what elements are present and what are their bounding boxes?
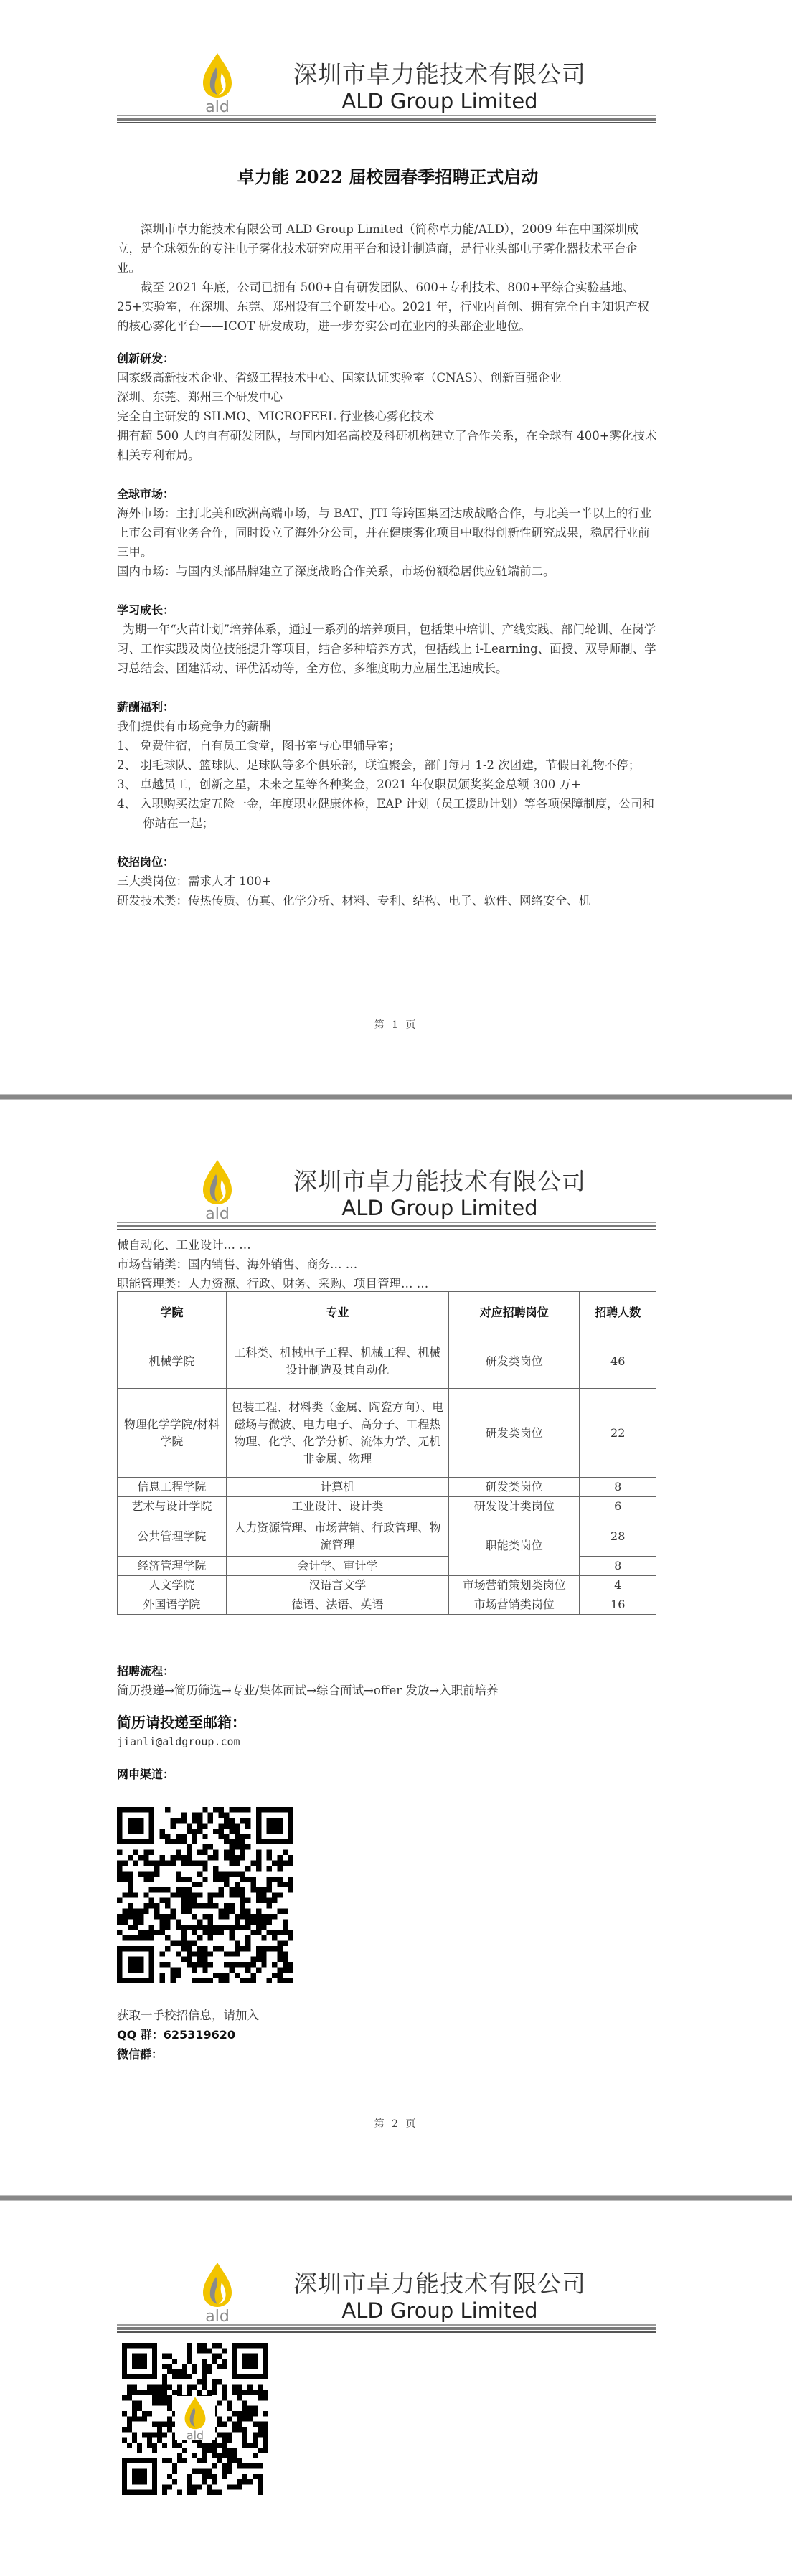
svg-text:ald: ald	[205, 2308, 230, 2323]
page-number: 第 1 页	[0, 1017, 792, 1032]
positions-line: 三大类岗位：需求人才 100+	[117, 872, 659, 891]
section-heading-innovation: 创新研发：	[117, 349, 659, 368]
page-2-contact: 招聘流程： 简历投递→简历筛选→专业/集体面试→综合面试→offer 发放→入职…	[117, 1661, 659, 1784]
header-divider	[117, 1222, 656, 1232]
innovation-line: 深圳、东莞、郑州三个研发中心	[117, 387, 659, 407]
column-header-count: 招聘人数	[580, 1292, 656, 1334]
header-divider	[117, 115, 656, 125]
column-header-position: 对应招聘岗位	[449, 1292, 580, 1334]
qq-group: QQ 群：625319620	[117, 2025, 659, 2044]
company-name-cn: 深圳市卓力能技术有限公司	[282, 1163, 598, 1197]
cell-count: 46	[580, 1334, 656, 1389]
section-heading-process: 招聘流程：	[117, 1661, 659, 1681]
innovation-line: 完全自主研发的 SILMO、MICROFEEL 行业核心雾化技术	[117, 407, 659, 426]
section-heading-benefits: 薪酬福利：	[117, 697, 659, 717]
positions-line: 研发技术类：传热传质、仿真、化学分析、材料、专利、结构、电子、软件、网络安全、机	[117, 891, 659, 910]
cell-major: 计算机	[226, 1478, 448, 1497]
column-header-college: 学院	[118, 1292, 227, 1334]
svg-text:ald: ald	[205, 1205, 230, 1220]
cell-college: 人文学院	[118, 1576, 227, 1595]
table-row: 机械学院 工科类、机械电子工程、机械工程、机械设计制造及其自动化 研发类岗位 4…	[118, 1334, 656, 1389]
cell-college: 公共管理学院	[118, 1516, 227, 1557]
benefit-item: 2、 羽毛球队、篮球队、足球队等多个俱乐部，联谊聚会，部门每月 1-2 次团建，…	[117, 755, 659, 775]
section-heading-online: 网申渠道：	[117, 1765, 659, 1784]
join-text: 获取一手校招信息，请加入	[117, 2006, 659, 2025]
cell-major: 工科类、机械电子工程、机械工程、机械设计制造及其自动化	[226, 1334, 448, 1389]
positions-line: 市场营销类：国内销售、海外销售、商务… …	[117, 1255, 659, 1274]
ald-logo-icon: ald	[175, 2396, 215, 2440]
wechat-group-qr-code[interactable]: ald	[122, 2343, 268, 2495]
cell-college: 外国语学院	[118, 1595, 227, 1615]
company-name-en: ALD Group Limited	[282, 2298, 598, 2323]
positions-line: 械自动化、工业设计… …	[117, 1235, 659, 1255]
benefit-item: 4、 入职购买法定五险一金，年度职业健康体检，EAP 计划（员工援助计划）等各项…	[117, 794, 659, 833]
table-row: 公共管理学院 人力资源管理、市场营销、行政管理、物流管理 职能类岗位 28	[118, 1516, 656, 1557]
table-row: 信息工程学院 计算机 研发类岗位 8	[118, 1478, 656, 1497]
table-header-row: 学院 专业 对应招聘岗位 招聘人数	[118, 1292, 656, 1334]
cell-major: 德语、法语、英语	[226, 1595, 448, 1615]
process-steps: 简历投递→简历筛选→专业/集体面试→综合面试→offer 发放→入职前培养	[117, 1681, 659, 1700]
svg-text:ald: ald	[187, 2429, 204, 2440]
svg-text:ald: ald	[205, 98, 230, 113]
ald-logo-icon: ald	[190, 1159, 245, 1220]
cell-count: 8	[580, 1478, 656, 1497]
table-row: 物理化学学院/材料学院 包装工程、材料类（金属、陶瓷方向）、电磁场与微波、电力电…	[118, 1389, 656, 1478]
cell-position: 市场营销类岗位	[449, 1595, 580, 1615]
company-name-cn: 深圳市卓力能技术有限公司	[282, 2265, 598, 2299]
cell-college: 物理化学学院/材料学院	[118, 1389, 227, 1478]
page-number: 第 2 页	[0, 2116, 792, 2131]
section-heading-growth: 学习成长：	[117, 600, 659, 620]
section-heading-market: 全球市场：	[117, 484, 659, 504]
cell-position: 职能类岗位	[449, 1516, 580, 1576]
company-name-en: ALD Group Limited	[282, 1196, 598, 1220]
cell-count: 16	[580, 1595, 656, 1615]
page-separator	[0, 2195, 792, 2201]
cell-position: 研发类岗位	[449, 1334, 580, 1389]
cell-major: 会计学、审计学	[226, 1557, 448, 1576]
ald-logo-icon: ald	[190, 2261, 245, 2323]
market-line: 海外市场：主打北美和欧洲高端市场，与 BAT、JTI 等跨国集团达成战略合作，与…	[117, 504, 659, 562]
cell-major: 人力资源管理、市场营销、行政管理、物流管理	[226, 1516, 448, 1557]
page-separator	[0, 1094, 792, 1100]
cell-position: 市场营销策划类岗位	[449, 1576, 580, 1595]
innovation-line: 国家级高新技术企业、省级工程技术中心、国家认证实验室（CNAS）、创新百强企业	[117, 368, 659, 387]
column-header-major: 专业	[226, 1292, 448, 1334]
company-name-en: ALD Group Limited	[282, 89, 598, 113]
page-2-continued: 械自动化、工业设计… … 市场营销类：国内销售、海外销售、商务… … 职能管理类…	[117, 1235, 659, 1293]
page-2-join: 获取一手校招信息，请加入 QQ 群：625319620 微信群：	[117, 2006, 659, 2064]
company-name-cn: 深圳市卓力能技术有限公司	[282, 56, 598, 90]
email-link[interactable]: jianli@aldgroup.com	[117, 1732, 659, 1752]
section-heading-email: 简历请投递至邮箱：	[117, 1713, 659, 1732]
header-divider	[117, 2324, 656, 2334]
growth-paragraph: 为期一年“火苗计划”培养体系，通过一系列的培养项目，包括集中培训、产线实践、部门…	[117, 620, 659, 678]
ald-logo-icon: ald	[190, 52, 245, 113]
benefit-item: 1、 免费住宿，自有员工食堂，图书室与心里辅导室；	[117, 736, 659, 755]
online-application-qr-code[interactable]	[117, 1807, 293, 1983]
recruitment-table: 学院 专业 对应招聘岗位 招聘人数 机械学院 工科类、机械电子工程、机械工程、机…	[117, 1291, 656, 1615]
positions-line: 职能管理类：人力资源、行政、财务、采购、项目管理… …	[117, 1274, 659, 1293]
cell-college: 艺术与设计学院	[118, 1497, 227, 1516]
section-heading-positions: 校招岗位：	[117, 852, 659, 872]
cell-college: 信息工程学院	[118, 1478, 227, 1497]
intro-paragraph-2: 截至 2021 年底，公司已拥有 500+自有研发团队、600+专利技术、800…	[117, 278, 659, 336]
cell-position: 研发类岗位	[449, 1478, 580, 1497]
market-line: 国内市场：与国内头部品牌建立了深度战略合作关系，市场份额稳居供应链端前二。	[117, 562, 659, 581]
table-row: 外国语学院 德语、法语、英语 市场营销类岗位 16	[118, 1595, 656, 1615]
benefit-item: 3、 卓越员工，创新之星，未来之星等各种奖金，2021 年仅职员颁奖奖金总额 3…	[117, 775, 659, 794]
page-1-body: 卓力能 2022 届校园春季招聘正式启动 深圳市卓力能技术有限公司 ALD Gr…	[117, 167, 659, 910]
cell-major: 包装工程、材料类（金属、陶瓷方向）、电磁场与微波、电力电子、高分子、工程热物理、…	[226, 1389, 448, 1478]
cell-position: 研发类岗位	[449, 1389, 580, 1478]
letterhead-page-1: ald 深圳市卓力能技术有限公司 ALD Group Limited	[117, 52, 656, 132]
benefits-intro: 我们提供有市场竞争力的薪酬	[117, 717, 659, 736]
cell-major: 汉语言文学	[226, 1576, 448, 1595]
cell-count: 28	[580, 1516, 656, 1557]
qr-center-logo: ald	[175, 2396, 215, 2440]
cell-college: 经济管理学院	[118, 1557, 227, 1576]
letterhead-page-3: ald 深圳市卓力能技术有限公司 ALD Group Limited	[117, 2261, 656, 2341]
cell-position: 研发设计类岗位	[449, 1497, 580, 1516]
table-row: 人文学院 汉语言文学 市场营销策划类岗位 4	[118, 1576, 656, 1595]
innovation-line: 拥有超 500 人的自有研发团队，与国内知名高校及科研机构建立了合作关系，在全球…	[117, 426, 659, 465]
intro-paragraph-1: 深圳市卓力能技术有限公司 ALD Group Limited（简称卓力能/ALD…	[117, 220, 659, 278]
page-title: 卓力能 2022 届校园春季招聘正式启动	[117, 167, 659, 187]
cell-count: 6	[580, 1497, 656, 1516]
table-row: 艺术与设计学院 工业设计、设计类 研发设计类岗位 6	[118, 1497, 656, 1516]
cell-count: 8	[580, 1557, 656, 1576]
cell-college: 机械学院	[118, 1334, 227, 1389]
wechat-group-label: 微信群：	[117, 2044, 659, 2064]
cell-major: 工业设计、设计类	[226, 1497, 448, 1516]
letterhead-page-2: ald 深圳市卓力能技术有限公司 ALD Group Limited	[117, 1159, 656, 1239]
cell-count: 4	[580, 1576, 656, 1595]
cell-count: 22	[580, 1389, 656, 1478]
